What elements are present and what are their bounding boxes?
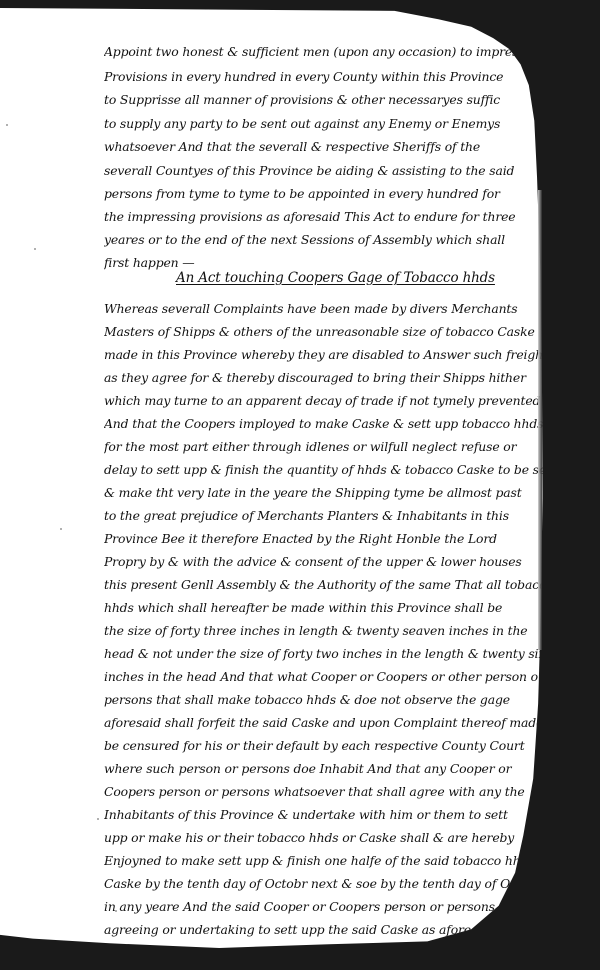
paper-speck [97,818,99,820]
text-line: Caske by the tenth day of Octobr next & … [104,876,549,891]
text-line: inches in the head And that what Cooper … [104,669,549,684]
text-line: in any yeare And the said Cooper or Coop… [104,899,549,914]
text-line: persons that shall make tobacco hhds & d… [104,692,549,707]
text-line: the size of forty three inches in length… [104,623,549,638]
page-edge-shadow [538,190,542,650]
text-line: first happen — [104,255,549,270]
text-line: which may turne to an apparent decay of … [104,393,549,408]
text-line: Provisions in every hundred in every Cou… [104,69,549,84]
text-line: Enjoyned to make sett upp & finish one h… [104,853,549,868]
text-line: & make tht very late in the yeare the Sh… [104,485,549,500]
text-line: Inhabitants of this Province & undertake… [104,807,549,822]
paper-speck [6,124,8,126]
text-line: Province Bee it therefore Enacted by the… [104,531,549,546]
text-line: agreeing or undertaking to sett upp the … [104,922,549,937]
scanned-document: Appoint two honest & sufficient men (upo… [0,0,600,970]
text-line: Whereas severall Complaints have been ma… [104,301,549,316]
text-line: And that the Coopers imployed to make Ca… [104,416,549,431]
text-line: hhds which shall hereafter be made withi… [104,600,549,615]
text-line: as they agree for & thereby discouraged … [104,370,549,385]
text-line: severall Countyes of this Province be ai… [104,163,549,178]
text-line: the impressing provisions as aforesaid T… [104,209,549,224]
paper-speck [60,528,62,530]
text-line: persons from tyme to tyme to be appointe… [104,186,549,201]
text-line: for the most part either through idlenes… [104,439,549,454]
text-line: upp or make his or their tobacco hhds or… [104,830,549,845]
text-line: yeares or to the end of the next Session… [104,232,549,247]
text-line: aforesaid shall forfeit the said Caske a… [104,715,549,730]
text-line: to the great prejudice of Merchants Plan… [104,508,549,523]
text-line: where such person or persons doe Inhabit… [104,761,549,776]
text-line: Appoint two honest & sufficient men (upo… [104,44,549,59]
text-line: head & not under the size of forty two i… [104,646,549,661]
manuscript-page: Appoint two honest & sufficient men (upo… [0,8,548,948]
text-line: this present Genll Assembly & the Author… [104,577,549,592]
text-line: to Supprisse all manner of provisions & … [104,92,549,107]
act-title: An Act touching Coopers Gage of Tobacco … [176,270,495,286]
text-line: delay to sett upp & finish the quantity … [104,462,549,477]
text-line: whatsoever And that the severall & respe… [104,139,549,154]
text-line: Propry by & with the advice & consent of… [104,554,549,569]
text-line: to supply any party to be sent out again… [104,116,549,131]
text-line: be censured for his or their default by … [104,738,549,753]
text-line: Masters of Shipps & others of the unreas… [104,324,549,339]
text-line: Coopers person or persons whatsoever tha… [104,784,549,799]
text-line: made in this Province whereby they are d… [104,347,549,362]
paper-speck [34,248,36,250]
